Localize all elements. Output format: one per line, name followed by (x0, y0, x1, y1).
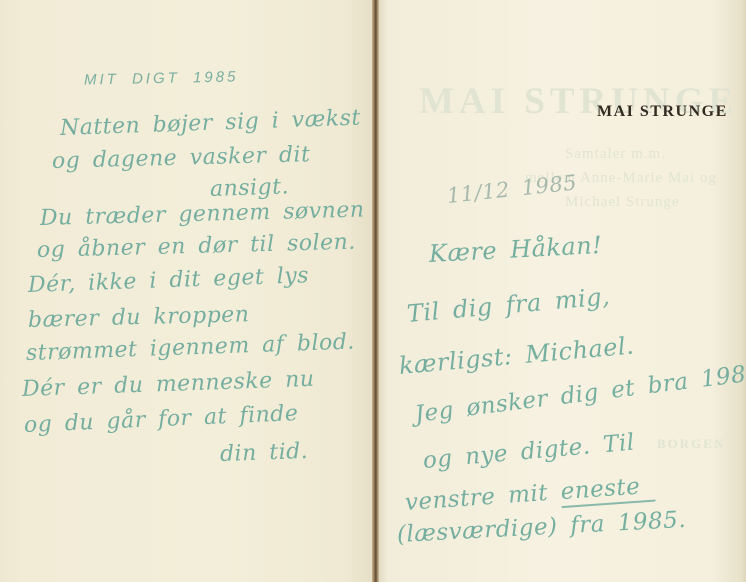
dedication-text: venstre mit (404, 479, 562, 516)
open-book-spread: MIT DIGT 1985 Natten bøjer sig i vækst o… (0, 0, 746, 582)
dedication-underlined-word: eneste (560, 473, 655, 508)
poem-line: strømmet igennem af blod. (26, 330, 356, 366)
poem-line: ansigt. (210, 174, 290, 202)
showthrough-subtitle-line: Michael Strunge (565, 194, 680, 211)
poem-line: og åbner en dør til solen. (37, 230, 356, 263)
poem-line: Du træder gennem søvnen (40, 198, 365, 231)
right-page-title-page: MAI STRUNGE MAI STRUNGE Samtaler m.m. me… (379, 0, 746, 582)
poem-title: MIT DIGT 1985 (84, 68, 239, 88)
dedication-line: kærligst: Michael. (398, 331, 635, 379)
book-gutter (372, 0, 379, 582)
poem-line: og du går for at finde (23, 401, 298, 438)
poem-line: Dér, ikke i dit eget lys (28, 263, 310, 298)
dedication-line: Til dig fra mig, (406, 282, 611, 328)
poem-line: din tid. (220, 439, 309, 467)
dedication-line: og nye digte. Til (422, 430, 636, 474)
showthrough-subtitle-line: Samtaler m.m. (565, 146, 666, 163)
poem-line: Dér er du menneske nu (22, 367, 315, 402)
left-page: MIT DIGT 1985 Natten bøjer sig i vækst o… (0, 0, 372, 582)
showthrough-publisher: BORGEN (657, 436, 725, 452)
printed-book-title: MAI STRUNGE (597, 103, 728, 121)
poem-line: bærer du kroppen (28, 302, 250, 333)
poem-line: og dagene vasker dit (52, 142, 311, 174)
handwritten-date: 11/12 1985 (446, 170, 578, 208)
poem-line: Natten bøjer sig i vækst (60, 106, 362, 141)
dedication-line: Kære Håkan! (428, 231, 603, 268)
